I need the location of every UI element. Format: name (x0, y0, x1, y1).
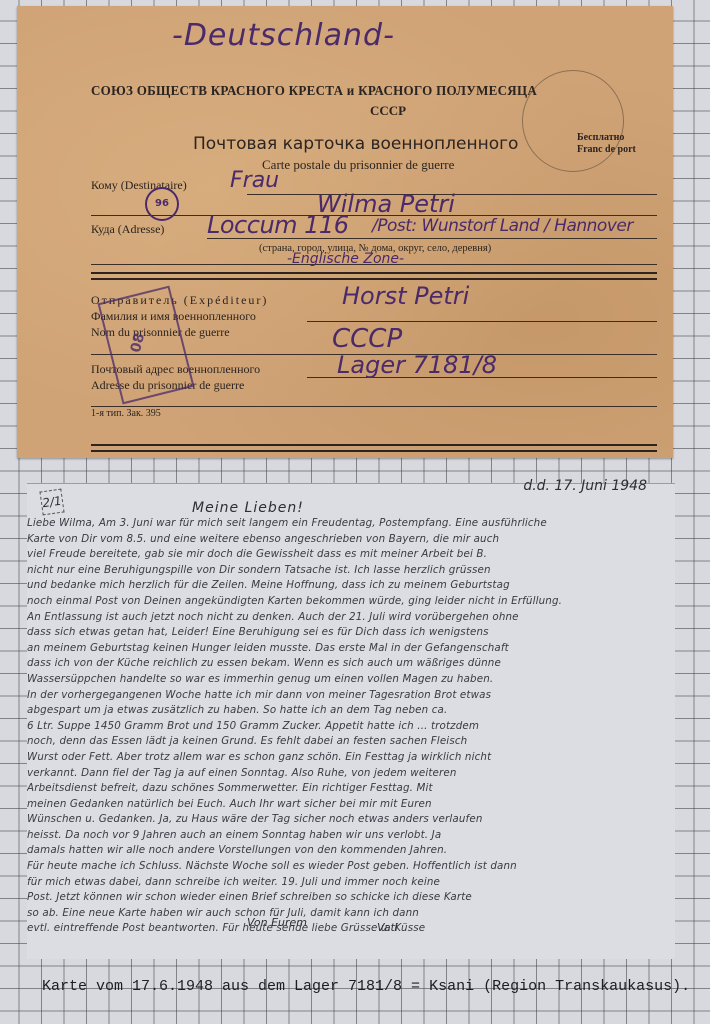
postage-free-ru: Бесплатно (577, 132, 624, 143)
card-title: Почтовая карточка военнопленного (193, 134, 518, 154)
letter-line: noch einmal Post von Deinen angekündigte… (27, 594, 675, 610)
letter-line: Wünschen u. Gedanken. Ja, zu Haus wäre d… (27, 812, 675, 828)
divider-double (91, 272, 657, 274)
destination-country: -Deutschland- (172, 18, 395, 53)
letter-line: Arbeitsdienst befreit, dazu schönes Somm… (27, 781, 675, 797)
letter-line: verkannt. Dann fiel der Tag ja auf einen… (27, 766, 675, 782)
letter-body: Liebe Wilma, Am 3. Juni war für mich sei… (27, 516, 675, 937)
letter-line: heisst. Da noch vor 9 Jahren auch an ein… (27, 828, 675, 844)
letter-line: abgespart um ja etwas zusätzlich zu habe… (27, 703, 675, 719)
letter-signature: Vati (377, 921, 398, 934)
letter-line: dass ich von der Küche reichlich zu esse… (27, 656, 675, 672)
censor-stamp-round: 96 (145, 187, 179, 221)
letter-line: Für heute mache ich Schluss. Nächste Woc… (27, 859, 675, 875)
letter-line: Post. Jetzt können wir schon wieder eine… (27, 890, 675, 906)
address-label: Куда (Adresse) (91, 222, 164, 237)
letter-back-side: 2/1 d.d. 17. Juni 1948 Meine Lieben! Lie… (27, 483, 675, 959)
letter-line: meinen Gedanken natürlich bei Euch. Auch… (27, 797, 675, 813)
album-caption: Karte vom 17.6.1948 aus dem Lager 7181/8… (42, 977, 692, 997)
pow-postcard: -Deutschland- СОЮЗ ОБЩЕСТВ КРАСНОГО КРЕС… (17, 6, 673, 458)
sender-name: Horst Petri (342, 282, 469, 310)
letter-line: An Entlassung ist auch jetzt noch nicht … (27, 610, 675, 626)
letter-date: d.d. 17. Juni 1948 (523, 478, 647, 494)
organization-country: СССР (370, 103, 406, 119)
letter-line: nicht nur eine Beruhigungspille von Dir … (27, 563, 675, 579)
bottom-divider (91, 444, 657, 446)
organization-header: СОЮЗ ОБЩЕСТВ КРАСНОГО КРЕСТА и КРАСНОГО … (91, 84, 537, 100)
letter-line: Liebe Wilma, Am 3. Juni war für mich sei… (27, 516, 675, 532)
letter-line: für mich etwas dabei, dann schreibe ich … (27, 875, 675, 891)
sender-camp: Lager 7181/8 (337, 351, 497, 379)
divider-double-2 (91, 278, 657, 280)
letter-line: an meinem Geburtstag keinen Hunger leide… (27, 641, 675, 657)
album-page: -Deutschland- СОЮЗ ОБЩЕСТВ КРАСНОГО КРЕС… (0, 0, 710, 1024)
postage-free-fr: Franc de port (577, 144, 636, 155)
letter-line: damals hatten wir alle noch andere Vorst… (27, 843, 675, 859)
letter-salutation: Meine Lieben! (192, 500, 304, 516)
letter-line: Karte von Dir vom 8.5. und eine weitere … (27, 532, 675, 548)
letter-line: In der vorhergegangenen Woche hatte ich … (27, 688, 675, 704)
letter-line: 6 Ltr. Suppe 1450 Gramm Brot und 150 Gra… (27, 719, 675, 735)
letter-line: evtl. eintreffende Post beantworten. Für… (27, 921, 675, 937)
card-subtitle: Carte postale du prisonnier de guerre (262, 157, 454, 173)
recipient-salutation: Frau (230, 168, 279, 193)
letter-line: dass sich etwas getan hat, Leider! Eine … (27, 625, 675, 641)
letter-line: Wassersüppchen handelte so war es immerh… (27, 672, 675, 688)
letter-closing: Von Eurem (247, 916, 307, 929)
prisoner-address-line-2 (91, 406, 657, 407)
censor-stamp-number: 08 (128, 331, 148, 354)
page-number: 2/1 (39, 489, 64, 516)
letter-line: so ab. Eine neue Karte haben wir auch sc… (27, 906, 675, 922)
sender-country: СССР (332, 324, 402, 354)
recipient-address-post: /Post: Wunstorf Land / Hannover (372, 216, 633, 236)
bottom-divider-2 (91, 450, 657, 452)
recipient-address: Loccum 116 (207, 211, 348, 239)
sender-name-line (307, 321, 657, 322)
letter-line: viel Freude bereitete, gab sie mir doch … (27, 547, 675, 563)
printer-note: 1-я тип. Зак. 395 (91, 408, 161, 419)
letter-line: Wurst oder Fett. Aber trotz allem war es… (27, 750, 675, 766)
postmark-stamp (522, 70, 624, 172)
letter-line: und bedanke mich herzlich für die Zeilen… (27, 578, 675, 594)
letter-line: noch, denn das Essen lädt ja keinen Grun… (27, 734, 675, 750)
recipient-zone: -Englische Zone- (287, 251, 404, 267)
